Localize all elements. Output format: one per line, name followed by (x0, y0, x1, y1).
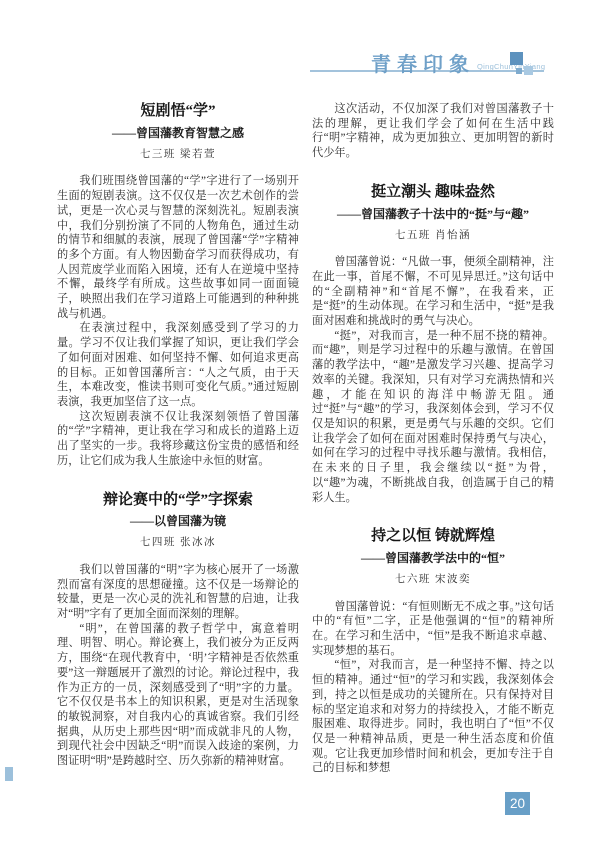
article-heng: 持之以恒 铸就辉煌 ——曾国藩教学法中的“恒” 七六班 宋波奕 曾国藩曾说：“有… (312, 527, 554, 776)
paragraph: 曾国藩曾说：“有恒则断无不成之事。”这句话中的“有恒”二字，正是他强调的“恒”的… (312, 600, 554, 659)
article-short-play: 短剧悟“学” ——曾国藩教育智慧之感 七三班 梁若萱 我们班围绕曾国藩的“学”字… (57, 102, 299, 469)
article-debate: 辩论赛中的“学”字探索 ——以曾国藩为镜 七四班 张冰冰 我们以曾国藩的“明”字… (57, 491, 299, 769)
article-title: 持之以恒 铸就辉煌 (312, 527, 554, 546)
article-author: 七三班 梁若萱 (57, 148, 299, 163)
deco-square-large-icon (510, 52, 523, 65)
paragraph: 在表演过程中，我深刻感受到了学习的力量。学习不仅让我们掌握了知识，更让我们学会了… (57, 321, 299, 409)
paragraph: 我们以曾国藩的“明”字为核心展开了一场激烈而富有深度的思想碰撞。这不仅是一场辩论… (57, 563, 299, 622)
paragraph: “恒”，对我而言，是一种坚持不懈、持之以恒的精神。通过“恒”的学习和实践，我深刻… (312, 658, 554, 776)
page-number-badge: 20 (505, 792, 530, 815)
article-ting-qu: 挺立潮头 趣味盎然 ——曾国藩教子十法中的“挺”与“趣” 七五班 肖怡涵 曾国藩… (312, 183, 554, 505)
article-subtitle: ——曾国藩教子十法中的“挺”与“趣” (312, 207, 554, 222)
header-title: 青春印象 (371, 48, 475, 77)
article-subtitle: ——曾国藩教育智慧之感 (57, 126, 299, 141)
right-column: 这次活动，不仅加深了我们对曾国藩教子十法的理解，更让我们学会了如何在生活中践行“… (312, 98, 554, 776)
article-title: 辩论赛中的“学”字探索 (57, 491, 299, 510)
paragraph-continuation: 这次活动，不仅加深了我们对曾国藩教子十法的理解，更让我们学会了如何在生活中践行“… (312, 102, 554, 161)
article-subtitle: ——以曾国藩为镜 (57, 514, 299, 529)
article-author: 七五班 肖怡涵 (312, 229, 554, 244)
article-title: 短剧悟“学” (57, 102, 299, 121)
deco-square-small-icon (524, 66, 533, 75)
article-subtitle: ——曾国藩教学法中的“恒” (312, 551, 554, 566)
paragraph: 曾国藩曾说：“凡做一事，便须全副精神，注在此一事，首尾不懈，不可见异思迁。”这句… (312, 255, 554, 329)
paragraph: 这次短剧表演不仅让我深刻领悟了曾国藩的“学”字精神，更让我在学习和成长的道路上迈… (57, 410, 299, 469)
paragraph: “挺”，对我而言，是一种不屈不挠的精神。而“趣”，则是学习过程中的乐趣与激情。在… (312, 329, 554, 505)
deco-square-tiny-icon (516, 68, 522, 74)
left-column: 短剧悟“学” ——曾国藩教育智慧之感 七三班 梁若萱 我们班围绕曾国藩的“学”字… (57, 98, 299, 769)
paragraph: “明”，在曾国藩的教子哲学中，寓意着明理、明智、明心。辩论赛上，我们被分为正反两… (57, 622, 299, 769)
article-title: 挺立潮头 趣味盎然 (312, 183, 554, 202)
article-author: 七四班 张冰冰 (57, 536, 299, 551)
edge-marker-decoration (5, 767, 13, 781)
article-author: 七六班 宋波奕 (312, 573, 554, 588)
paragraph: 我们班围绕曾国藩的“学”字进行了一场别开生面的短剧表演。这不仅仅是一次艺术创作的… (57, 174, 299, 321)
